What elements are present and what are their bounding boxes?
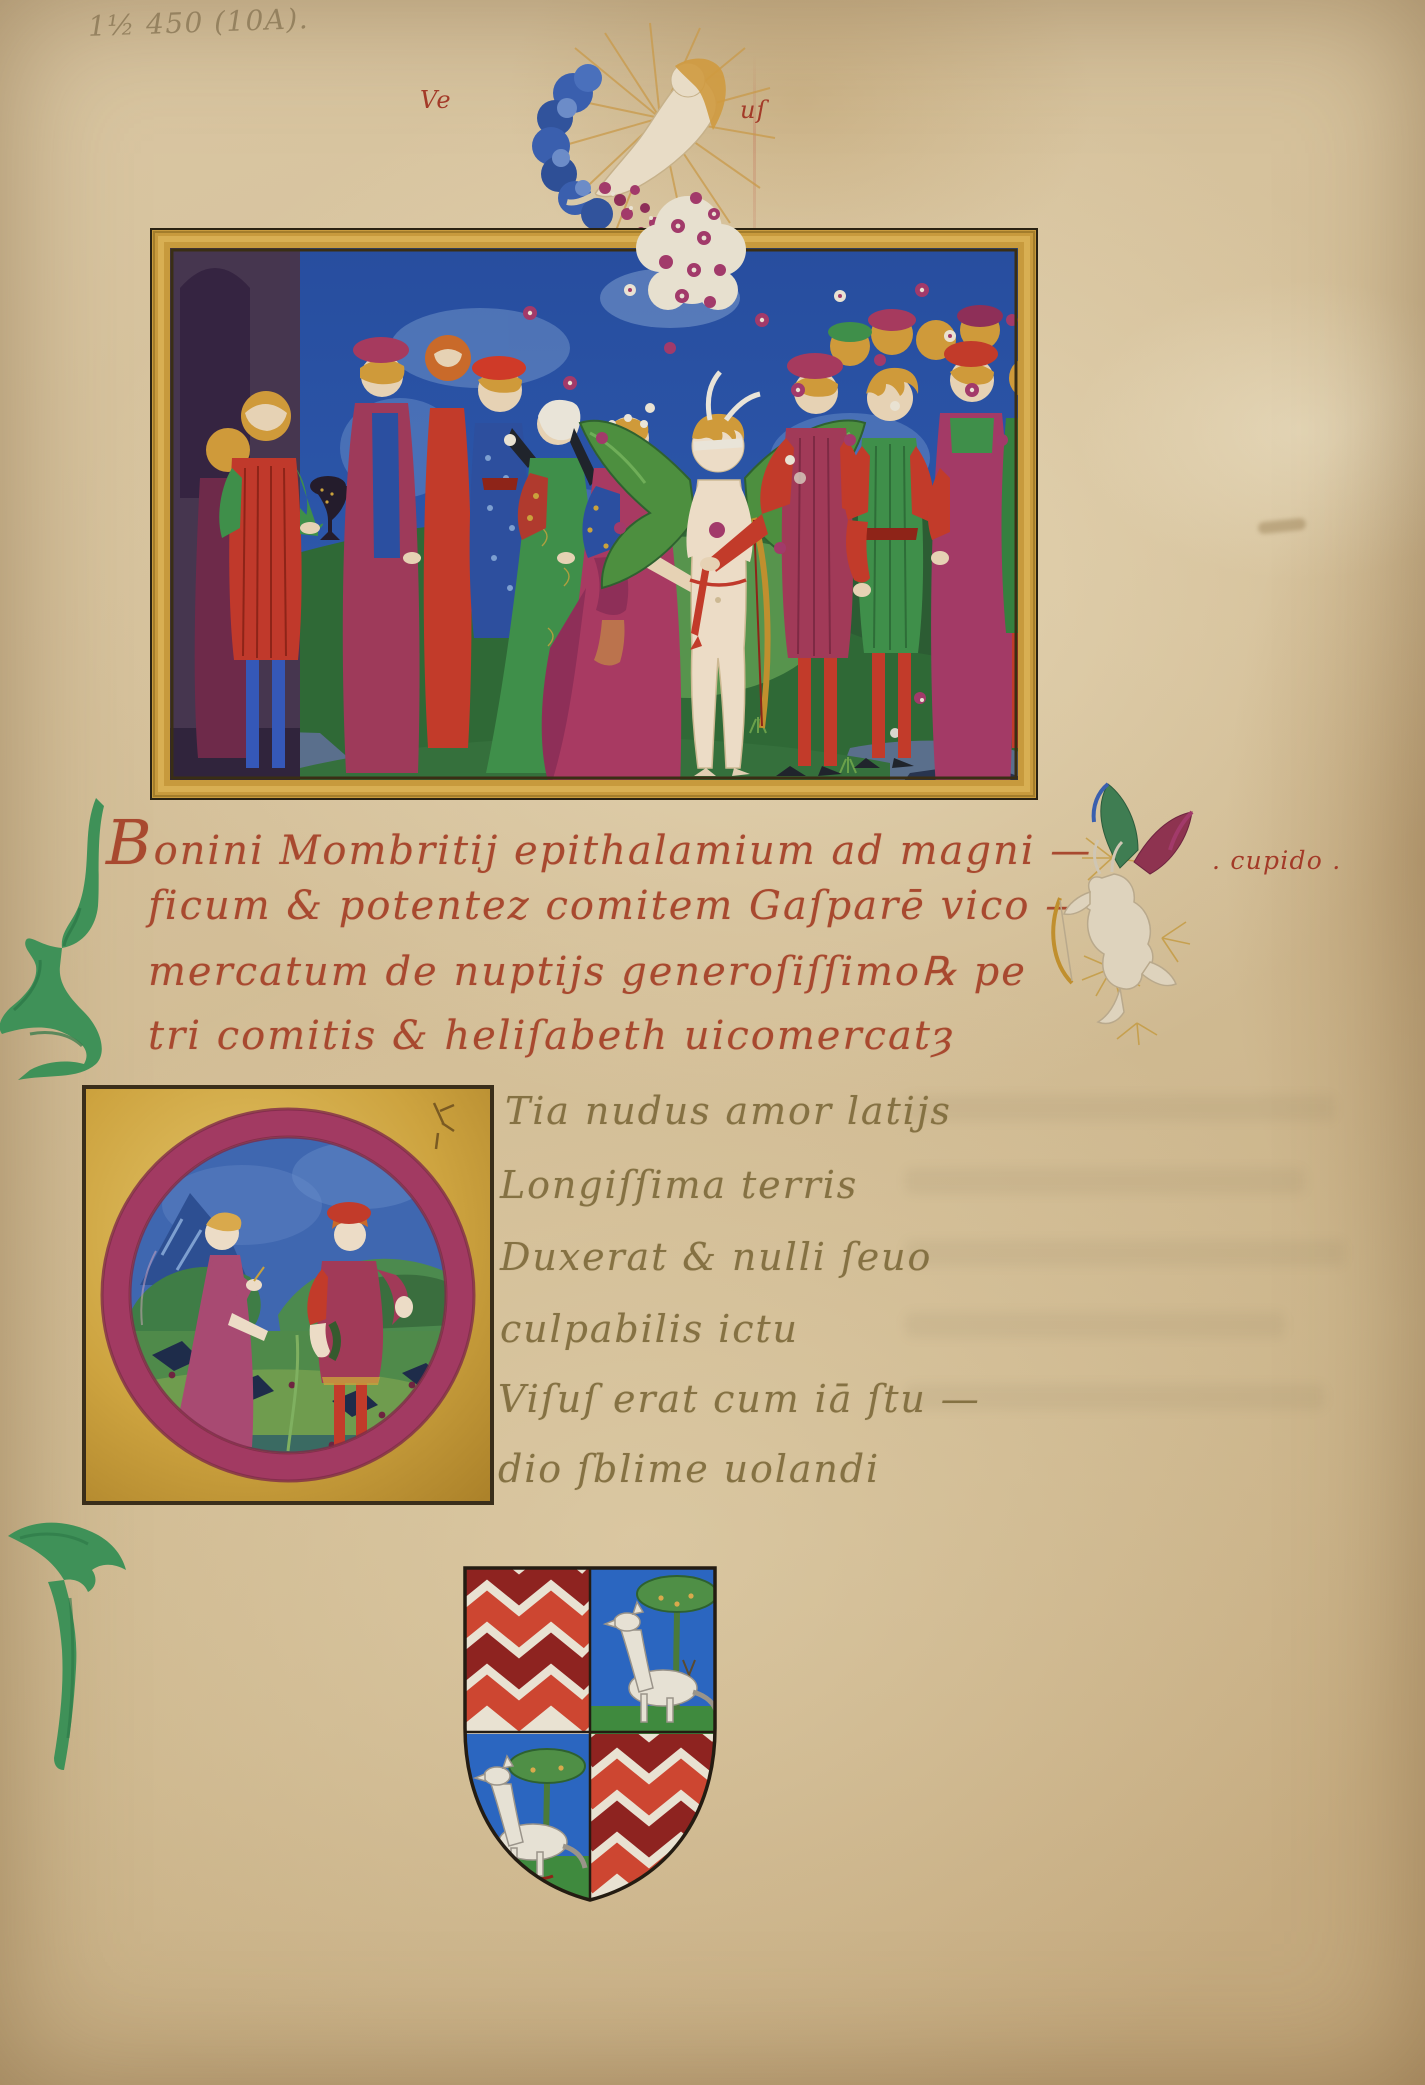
rubric-line-4: tri comitis & heliſabeth uicomercatȝ xyxy=(148,1016,955,1056)
flower-cloud-overlay xyxy=(608,178,778,328)
quarter-3-hound-and-tree xyxy=(465,1734,590,1904)
rubric-line-3: mercatum de nuptijs generoſiſſimo℞ pe xyxy=(148,952,1027,992)
parchment-smudge xyxy=(1258,518,1307,535)
betrothal-miniature xyxy=(150,228,1038,800)
quarter-2-hound-and-tree xyxy=(590,1568,717,1734)
acanthus-leaf-upper xyxy=(0,798,120,1098)
manuscript-page: 1½ 450 (10A). xyxy=(0,0,1425,2085)
rubric-line-1: Bonini Mombritij epithalamium ad magni — xyxy=(106,812,1092,874)
acanthus-leaf-lower xyxy=(0,1518,140,1778)
poem-line-1: Tia nudus amor latijs xyxy=(505,1092,952,1130)
rubric-line-2: ficum & potentez comitem Gaſparē vico — xyxy=(148,886,1087,926)
poem-line-6: dio ſblime uolandi xyxy=(498,1450,880,1488)
show-through-line xyxy=(905,1312,1285,1338)
show-through-line xyxy=(905,1240,1345,1266)
shelfmark-inscription: 1½ 450 (10A). xyxy=(87,2,309,43)
venus-label-right: uſ xyxy=(740,96,767,124)
cupid-body-sketch xyxy=(1064,874,1176,1024)
poem-line-4: culpabilis ictu xyxy=(500,1310,799,1348)
poem-line-3: Duxerat & nulli ſeuo xyxy=(500,1238,932,1276)
venus-label-left: Ve xyxy=(420,86,452,114)
poem-line-2: Longiſſima terris xyxy=(500,1166,858,1204)
coat-of-arms-shield xyxy=(455,1560,725,1910)
initial-o-medallion xyxy=(82,1085,494,1505)
poem-line-5: Viſuſ erat cum iā ſtu — xyxy=(498,1380,981,1418)
show-through-line xyxy=(905,1168,1305,1194)
show-through-line xyxy=(905,1095,1335,1121)
cupido-label: . cupido . xyxy=(1212,846,1341,875)
cupido-marginal-drawing xyxy=(1042,778,1222,1053)
